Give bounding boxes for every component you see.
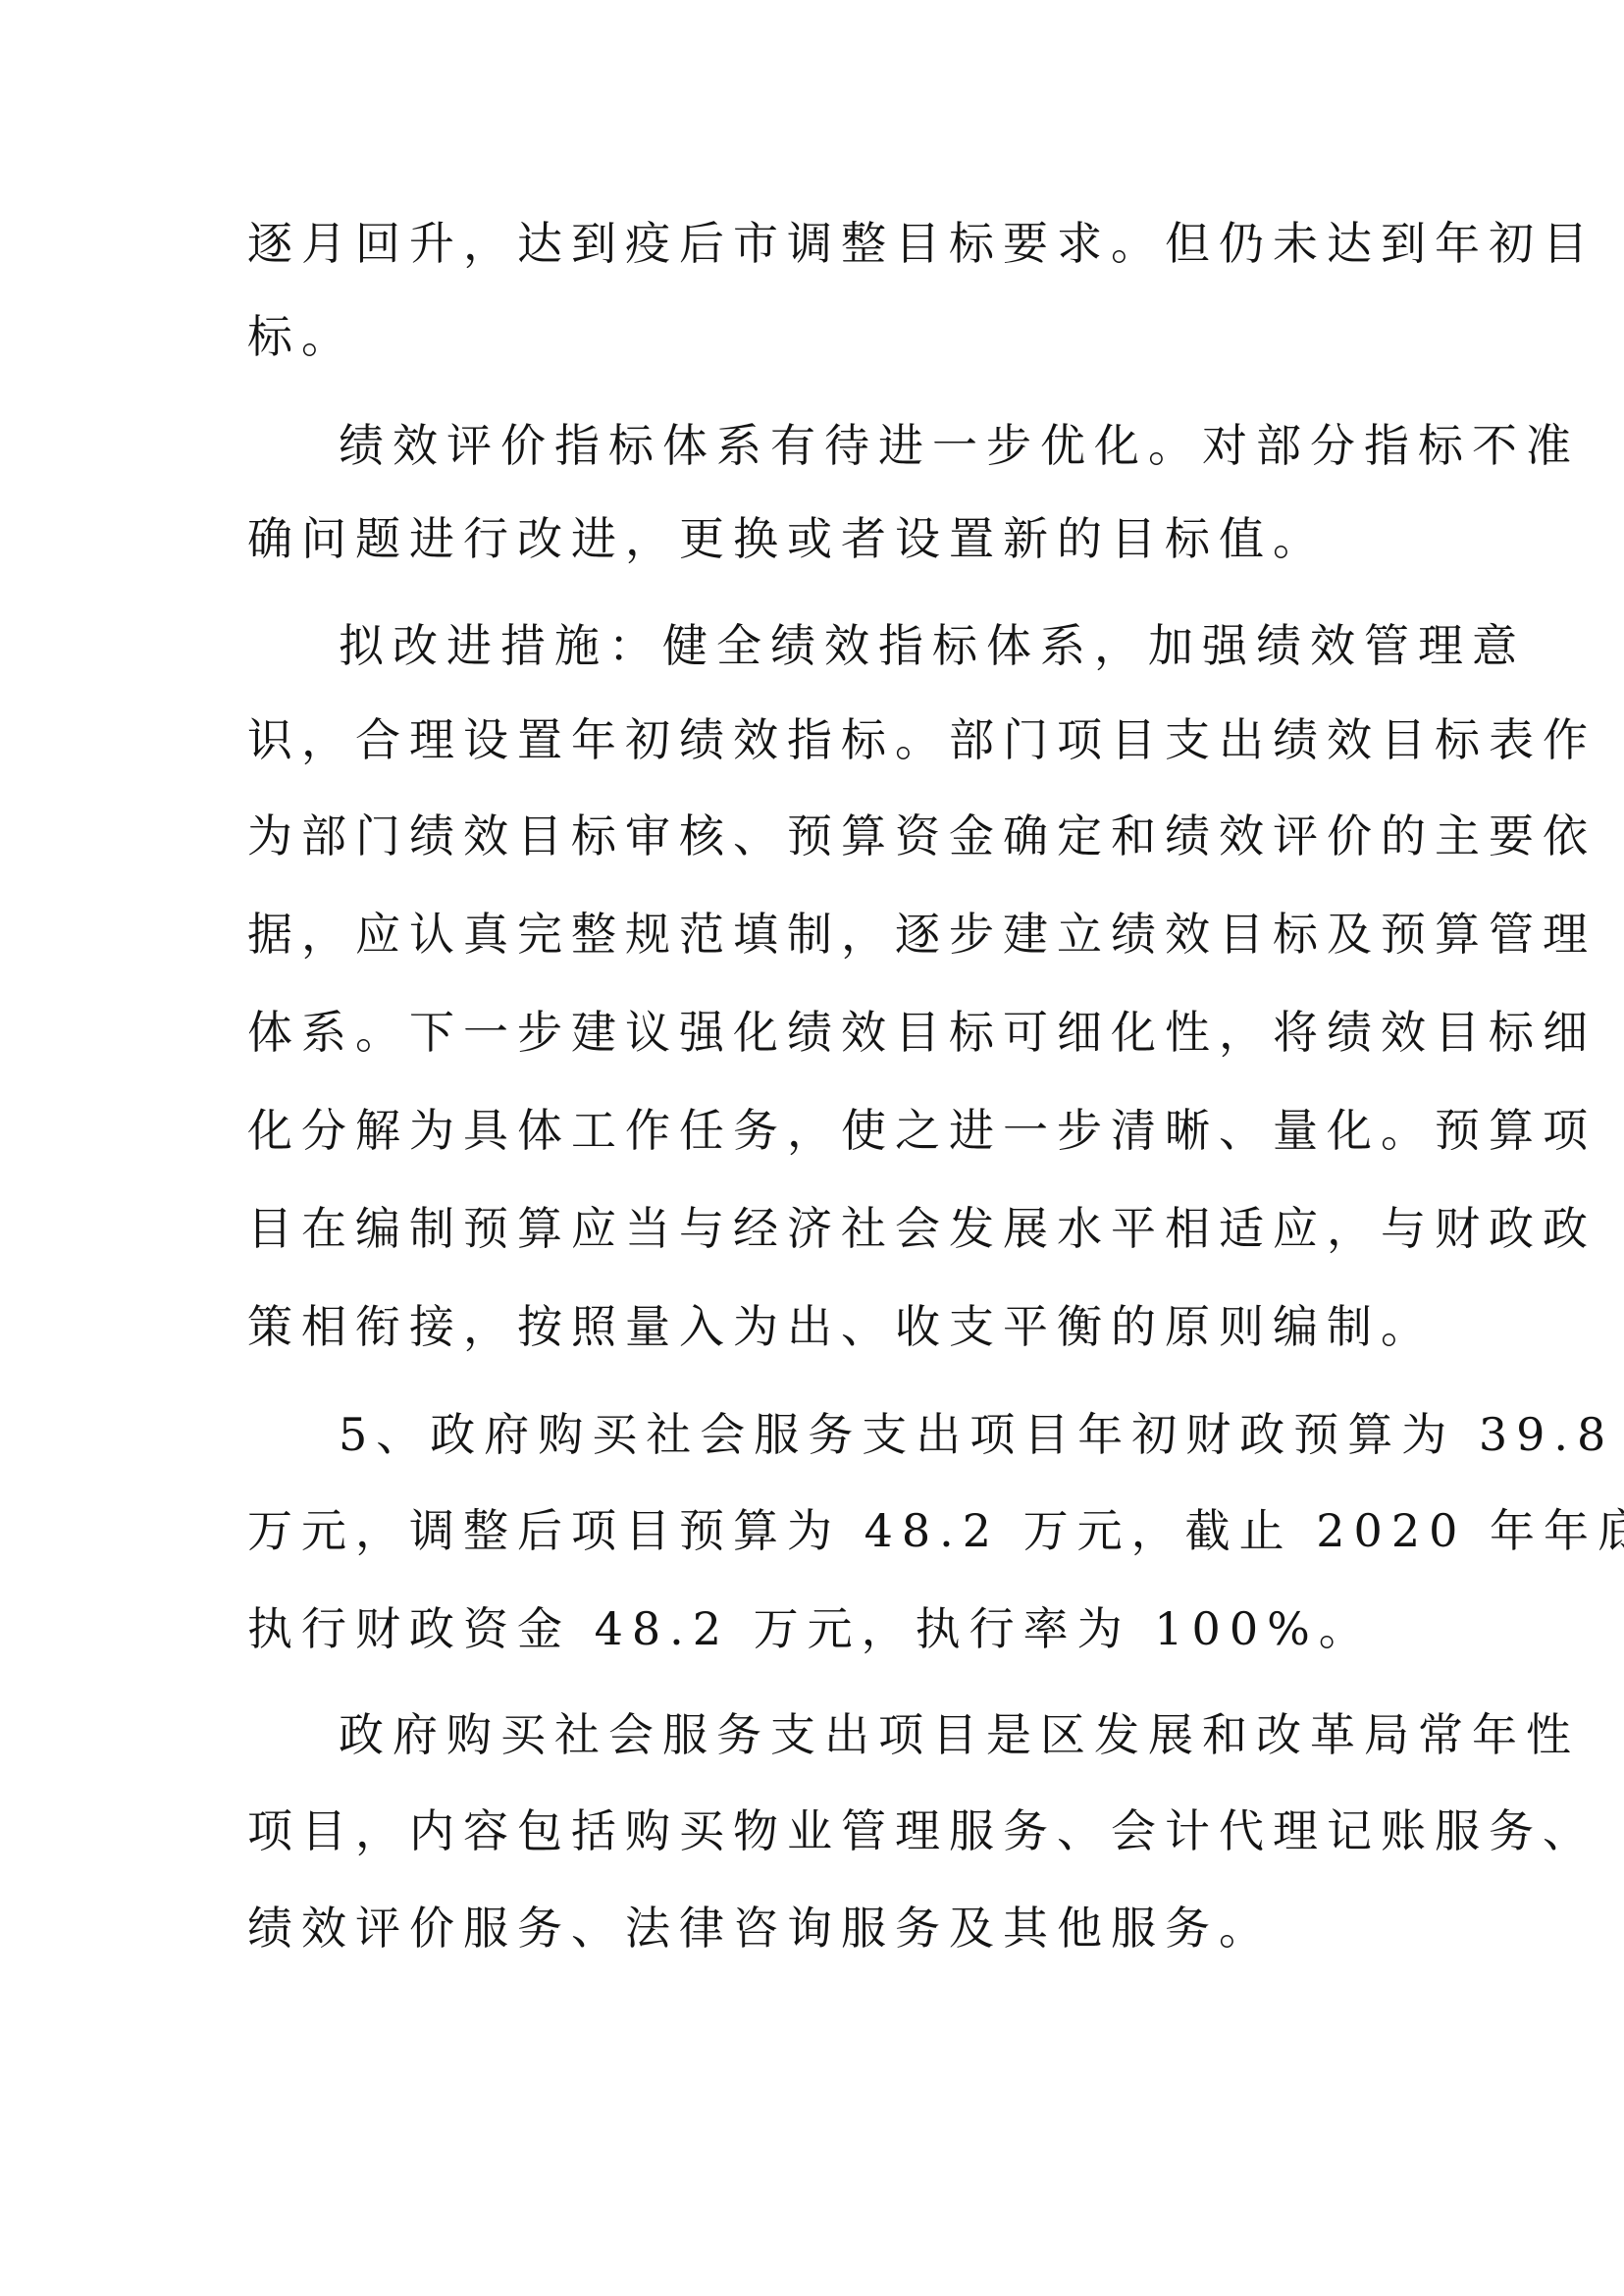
paragraph-3-line-1: 拟改进措施：健全绩效指标体系，加强绩效管理意 — [339, 616, 1438, 675]
paragraph-5-line-1: 政府购买社会服务支出项目是区发展和改革局常年性 — [339, 1705, 1438, 1764]
paragraph-3-line-2: 识，合理设置年初绩效指标。部门项目支出绩效目标表作 — [247, 710, 1346, 769]
paragraph-3-line-7: 目在编制预算应当与经济社会发展水平相适应，与财政政 — [247, 1199, 1346, 1258]
document-page: 逐月回升，达到疫后市调整目标要求。但仍未达到年初目 标。 绩效评价指标体系有待进… — [0, 0, 1624, 2296]
paragraph-3-line-6: 化分解为具体工作任务，使之进一步清晰、量化。预算项 — [247, 1101, 1346, 1160]
paragraph-2-line-2: 确问题进行改进，更换或者设置新的目标值。 — [247, 509, 1346, 568]
paragraph-5-line-2: 项目，内容包括购买物业管理服务、会计代理记账服务、 — [247, 1801, 1346, 1860]
paragraph-3-line-3: 为部门绩效目标审核、预算资金确定和绩效评价的主要依 — [247, 807, 1346, 865]
paragraph-5-line-3: 绩效评价服务、法律咨询服务及其他服务。 — [247, 1899, 1346, 1957]
paragraph-3-line-5: 体系。下一步建议强化绩效目标可细化性，将绩效目标细 — [247, 1003, 1346, 1062]
paragraph-1-line-1: 逐月回升，达到疫后市调整目标要求。但仍未达到年初目 — [247, 214, 1346, 273]
paragraph-3-line-8: 策相衔接，按照量入为出、收支平衡的原则编制。 — [247, 1297, 1346, 1356]
paragraph-4-line-2: 万元，调整后项目预算为 48.2 万元，截止 2020 年年底， — [247, 1501, 1346, 1560]
paragraph-4-line-3: 执行财政资金 48.2 万元，执行率为 100%。 — [247, 1599, 1346, 1658]
paragraph-3-line-4: 据，应认真完整规范填制，逐步建立绩效目标及预算管理 — [247, 905, 1346, 964]
paragraph-2-line-1: 绩效评价指标体系有待进一步优化。对部分指标不准 — [339, 416, 1438, 475]
paragraph-4-line-1: 5、政府购买社会服务支出项目年初财政预算为 39.8 — [339, 1405, 1438, 1464]
paragraph-1-line-2: 标。 — [247, 307, 1346, 366]
